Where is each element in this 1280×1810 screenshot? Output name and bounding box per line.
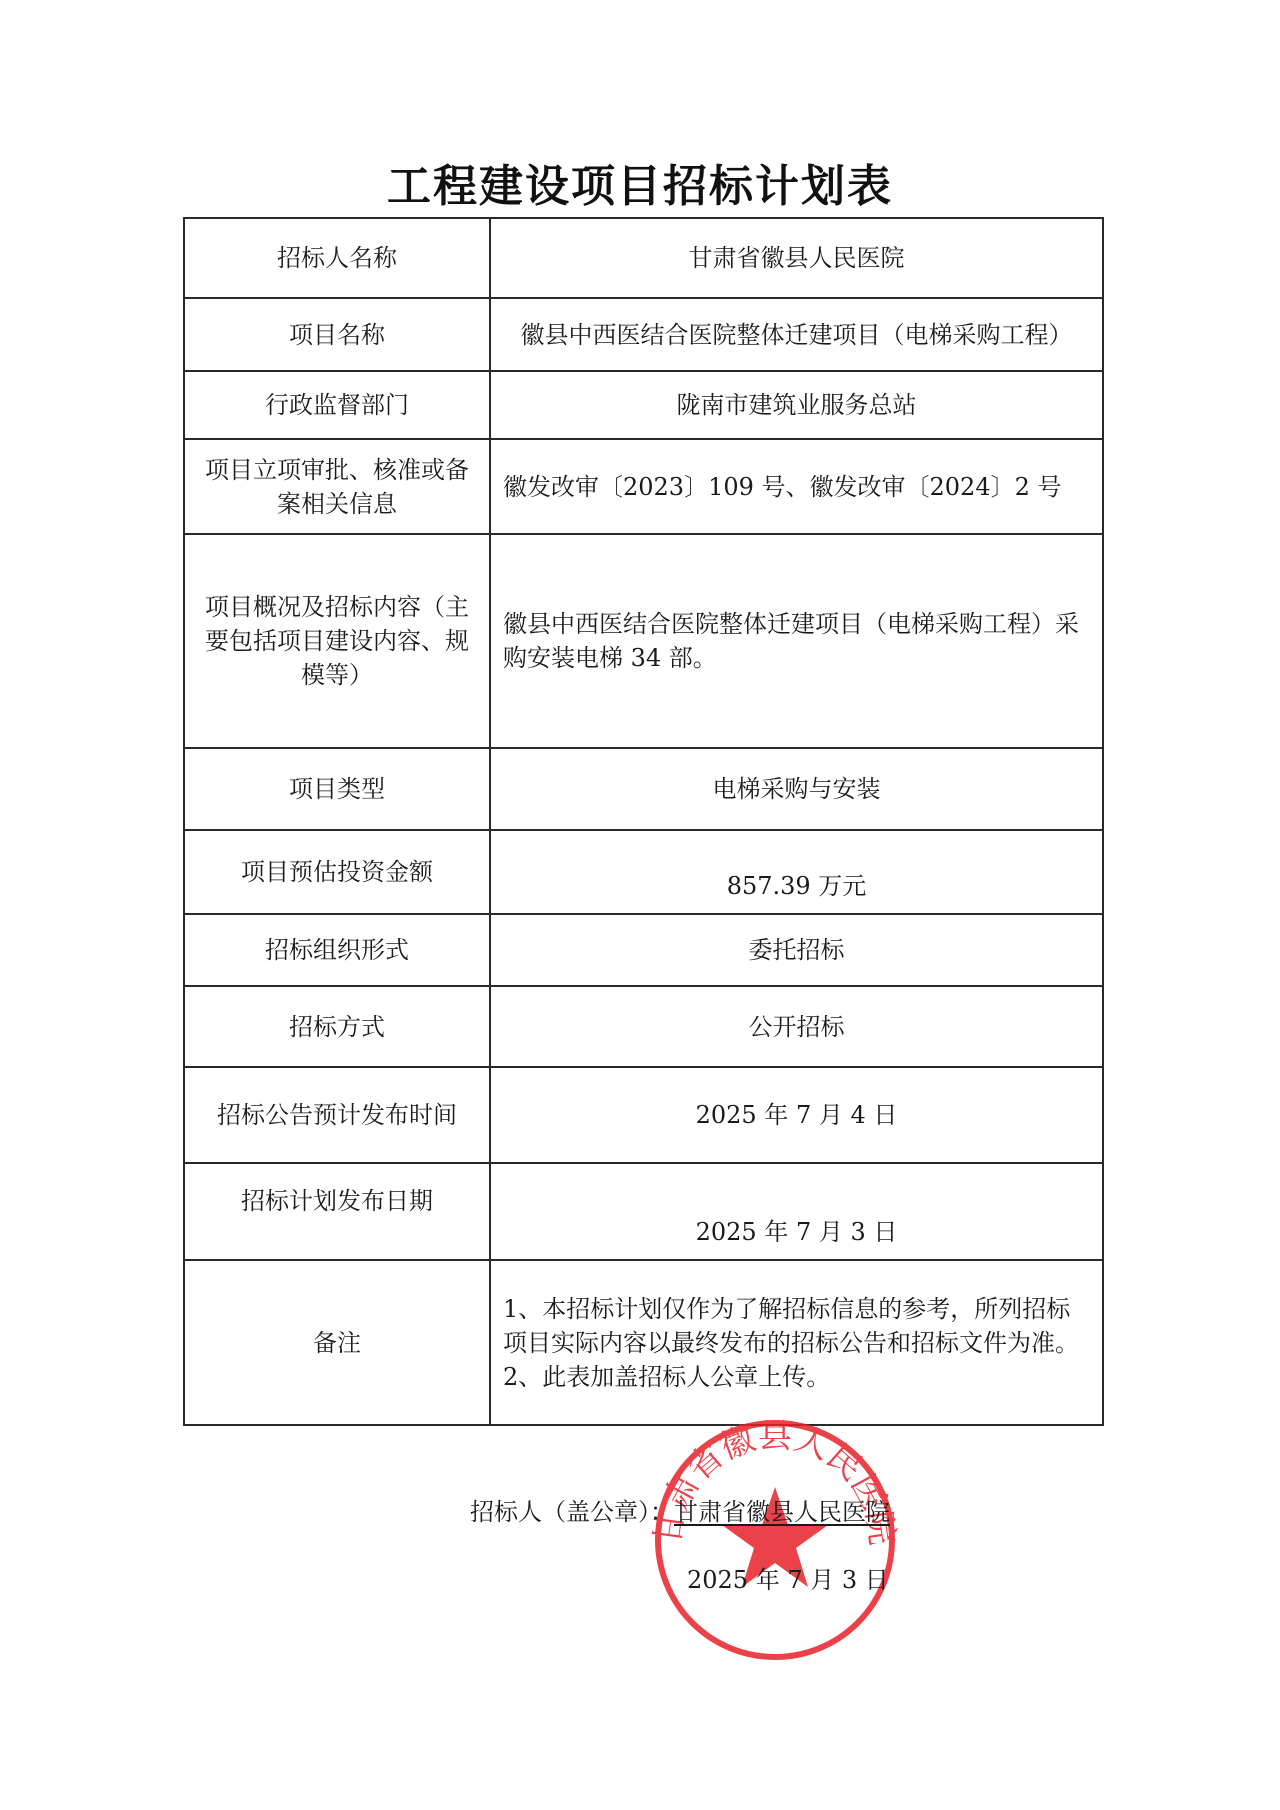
row-value: 徽县中西医结合医院整体迁建项目（电梯采购工程）采购安装电梯 34 部。 xyxy=(490,534,1103,748)
row-value: 857.39 万元 xyxy=(490,830,1103,914)
row-label: 招标计划发布日期 xyxy=(184,1163,490,1260)
row-value: 2025 年 7 月 4 日 xyxy=(490,1067,1103,1163)
row-value: 委托招标 xyxy=(490,914,1103,986)
row-label: 行政监督部门 xyxy=(184,371,490,439)
table-row: 项目概况及招标内容（主要包括项目建设内容、规模等） 徽县中西医结合医院整体迁建项… xyxy=(184,534,1103,748)
signature-org: 甘肃省徽县人民医院 xyxy=(674,1498,890,1526)
svg-text:甘肃省徽县人民医院: 甘肃省徽县人民医院 xyxy=(650,1417,900,1548)
bidding-plan-table: 招标人名称 甘肃省徽县人民医院 项目名称 徽县中西医结合医院整体迁建项目（电梯采… xyxy=(183,217,1104,1426)
signature-line: 招标人（盖公章）：甘肃省徽县人民医院 xyxy=(470,1492,890,1527)
table-row: 招标方式 公开招标 xyxy=(184,986,1103,1067)
row-value: 徽发改审〔2023〕109 号、徽发改审〔2024〕2 号 xyxy=(490,439,1103,534)
table-row: 项目类型 电梯采购与安装 xyxy=(184,748,1103,830)
row-label: 项目立项审批、核准或备案相关信息 xyxy=(184,439,490,534)
table-row: 项目名称 徽县中西医结合医院整体迁建项目（电梯采购工程） xyxy=(184,298,1103,371)
table-row: 备注 1、本招标计划仅作为了解招标信息的参考，所列招标项目实际内容以最终发布的招… xyxy=(184,1260,1103,1425)
remark-line-2: 2、此表加盖招标人公章上传。 xyxy=(503,1360,1090,1394)
table-row: 项目预估投资金额 857.39 万元 xyxy=(184,830,1103,914)
signature-label: 招标人（盖公章）： xyxy=(470,1498,674,1526)
table-row: 项目立项审批、核准或备案相关信息 徽发改审〔2023〕109 号、徽发改审〔20… xyxy=(184,439,1103,534)
table-row: 行政监督部门 陇南市建筑业服务总站 xyxy=(184,371,1103,439)
row-value: 电梯采购与安装 xyxy=(490,748,1103,830)
row-label: 备注 xyxy=(184,1260,490,1425)
signature-date: 2025 年 7 月 3 日 xyxy=(687,1560,889,1595)
document-title: 工程建设项目招标计划表 xyxy=(0,150,1280,214)
row-label: 招标公告预计发布时间 xyxy=(184,1067,490,1163)
row-label: 招标方式 xyxy=(184,986,490,1067)
row-value: 2025 年 7 月 3 日 xyxy=(490,1163,1103,1260)
table-row: 招标计划发布日期 2025 年 7 月 3 日 xyxy=(184,1163,1103,1260)
row-label: 项目类型 xyxy=(184,748,490,830)
official-seal-icon: 甘肃省徽县人民医院 xyxy=(650,1415,900,1665)
remark-line-1: 1、本招标计划仅作为了解招标信息的参考，所列招标项目实际内容以最终发布的招标公告… xyxy=(503,1292,1090,1360)
row-value: 甘肃省徽县人民医院 xyxy=(490,218,1103,298)
row-value: 徽县中西医结合医院整体迁建项目（电梯采购工程） xyxy=(490,298,1103,371)
row-label: 项目概况及招标内容（主要包括项目建设内容、规模等） xyxy=(184,534,490,748)
row-value: 陇南市建筑业服务总站 xyxy=(490,371,1103,439)
row-label: 招标组织形式 xyxy=(184,914,490,986)
row-label: 项目预估投资金额 xyxy=(184,830,490,914)
row-label: 招标人名称 xyxy=(184,218,490,298)
row-label: 项目名称 xyxy=(184,298,490,371)
row-value: 公开招标 xyxy=(490,986,1103,1067)
table-row: 招标公告预计发布时间 2025 年 7 月 4 日 xyxy=(184,1067,1103,1163)
table-row: 招标人名称 甘肃省徽县人民医院 xyxy=(184,218,1103,298)
remarks-cell: 1、本招标计划仅作为了解招标信息的参考，所列招标项目实际内容以最终发布的招标公告… xyxy=(490,1260,1103,1425)
seal-text: 甘肃省徽县人民医院 xyxy=(650,1417,900,1548)
table-row: 招标组织形式 委托招标 xyxy=(184,914,1103,986)
